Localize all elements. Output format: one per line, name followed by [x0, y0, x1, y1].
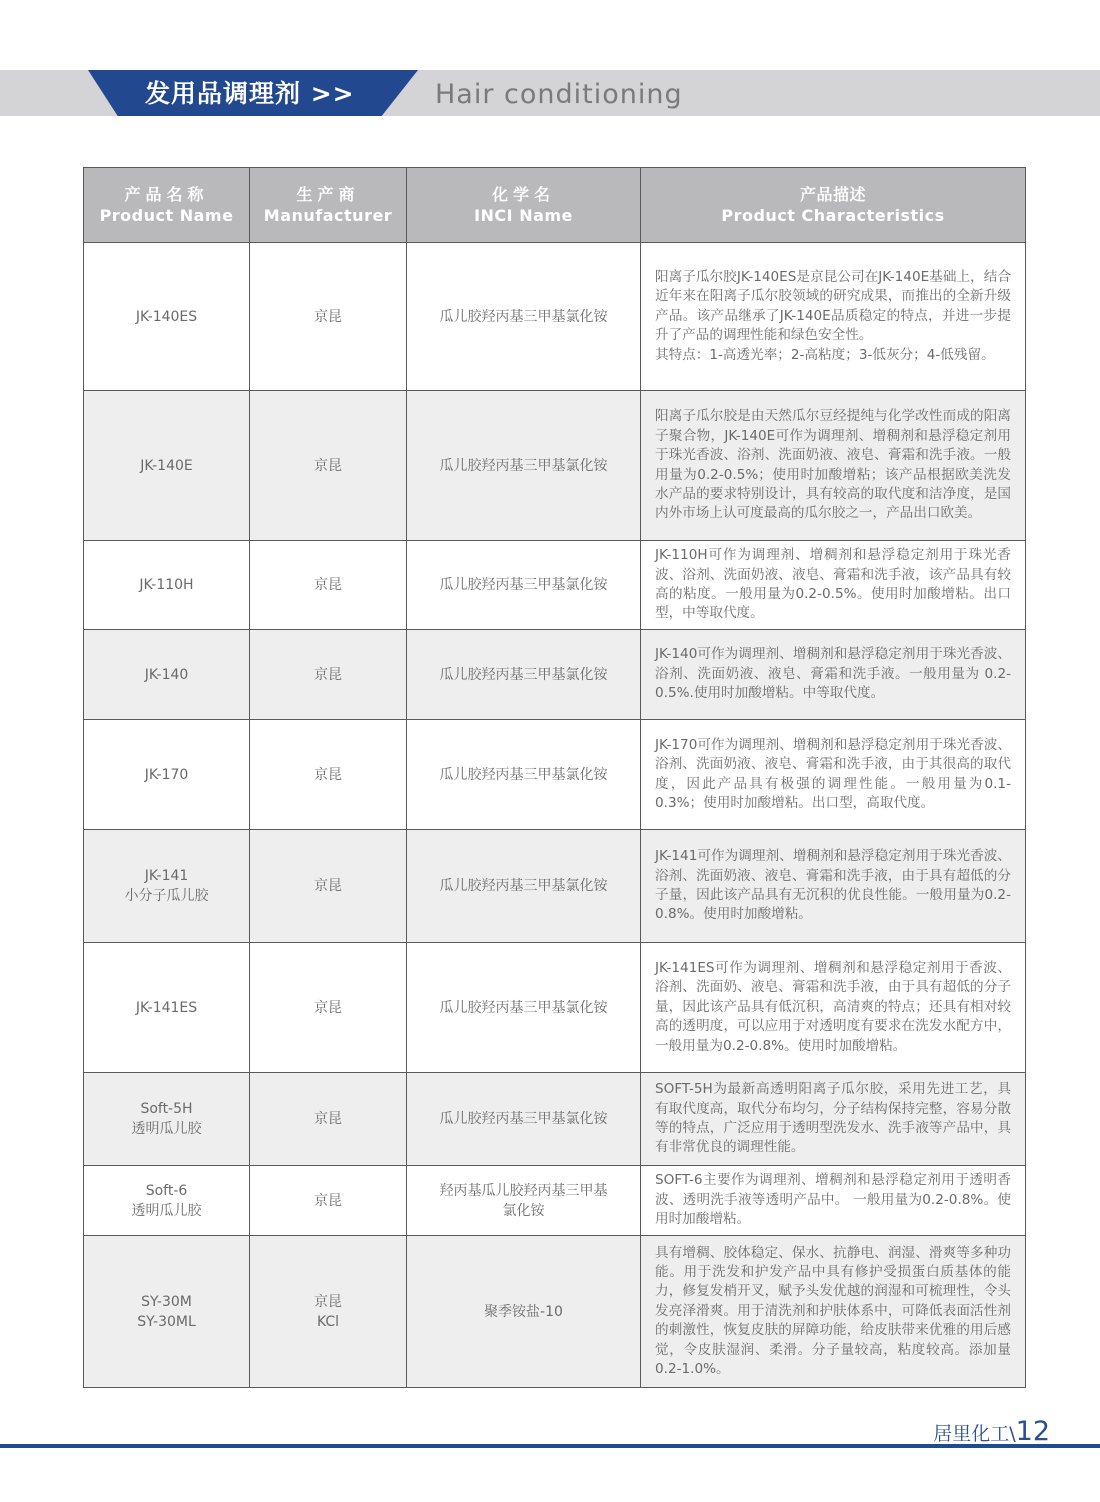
product-name-cell: JK-140E — [84, 391, 250, 541]
inci-cell: 瓜儿胶羟丙基三甲基氯化铵 — [407, 830, 641, 943]
table-row: JK-141小分子瓜儿胶 京昆 瓜儿胶羟丙基三甲基氯化铵 JK-141可作为调理… — [84, 830, 1026, 943]
table-row: JK-140E 京昆 瓜儿胶羟丙基三甲基氯化铵 阳离子瓜尔胶是由天然瓜尔豆经提纯… — [84, 391, 1026, 541]
manufacturer-cell: 京昆 — [250, 943, 407, 1073]
manufacturer-cell: 京昆KCl — [250, 1236, 407, 1388]
inci-cell: 聚季铵盐-10 — [407, 1236, 641, 1388]
table-row: SY-30MSY-30ML 京昆KCl 聚季铵盐-10 具有增稠、胶体稳定、保水… — [84, 1236, 1026, 1388]
description-cell: SOFT-6主要作为调理剂、增稠剂和悬浮稳定剂用于透明香波、透明洗手液等透明产品… — [641, 1166, 1026, 1236]
column-header-product-name: 产品名称Product Name — [84, 168, 250, 243]
inci-cell: 羟丙基瓜儿胶羟丙基三甲基氯化铵 — [407, 1166, 641, 1236]
description-cell: JK-110H可作为调理剂、增稠剂和悬浮稳定剂用于珠光香波、浴剂、洗面奶液、液皂… — [641, 541, 1026, 630]
column-header-inci-name: 化学名INCI Name — [407, 168, 641, 243]
manufacturer-cell: 京昆 — [250, 1073, 407, 1166]
footer-brand: 居里化工\ — [933, 1423, 1015, 1445]
table-row: JK-170 京昆 瓜儿胶羟丙基三甲基氯化铵 JK-170可作为调理剂、增稠剂和… — [84, 720, 1026, 830]
manufacturer-cell: 京昆 — [250, 830, 407, 943]
inci-cell: 瓜儿胶羟丙基三甲基氯化铵 — [407, 391, 641, 541]
description-cell: JK-141可作为调理剂、增稠剂和悬浮稳定剂用于珠光香波、浴剂、洗面奶液、液皂、… — [641, 830, 1026, 943]
description-cell: 具有增稠、胶体稳定、保水、抗静电、润湿、滑爽等多种功能。用于洗发和护发产品中具有… — [641, 1236, 1026, 1388]
table-row: Soft-6透明瓜儿胶 京昆 羟丙基瓜儿胶羟丙基三甲基氯化铵 SOFT-6主要作… — [84, 1166, 1026, 1236]
table-row: JK-141ES 京昆 瓜儿胶羟丙基三甲基氯化铵 JK-141ES可作为调理剂、… — [84, 943, 1026, 1073]
page-number: 12 — [1016, 1416, 1050, 1447]
product-name-cell: JK-170 — [84, 720, 250, 830]
description-cell: SOFT-5H为最新高透明阳离子瓜尔胶，采用先进工艺，具有取代度高，取代分布均匀… — [641, 1073, 1026, 1166]
inci-cell: 瓜儿胶羟丙基三甲基氯化铵 — [407, 943, 641, 1073]
inci-cell: 瓜儿胶羟丙基三甲基氯化铵 — [407, 541, 641, 630]
manufacturer-cell: 京昆 — [250, 720, 407, 830]
product-name-cell: JK-141ES — [84, 943, 250, 1073]
description-cell: JK-141ES可作为调理剂、增稠剂和悬浮稳定剂用于香波、浴剂、洗面奶、液皂、膏… — [641, 943, 1026, 1073]
column-header-characteristics: 产品描述Product Characteristics — [641, 168, 1026, 243]
inci-cell: 瓜儿胶羟丙基三甲基氯化铵 — [407, 1073, 641, 1166]
description-cell: JK-140可作为调理剂、增稠剂和悬浮稳定剂用于珠光香波、浴剂、洗面奶液、液皂、… — [641, 630, 1026, 720]
manufacturer-cell: 京昆 — [250, 391, 407, 541]
table-row: Soft-5H透明瓜儿胶 京昆 瓜儿胶羟丙基三甲基氯化铵 SOFT-5H为最新高… — [84, 1073, 1026, 1166]
manufacturer-cell: 京昆 — [250, 630, 407, 720]
manufacturer-cell: 京昆 — [250, 243, 407, 391]
manufacturer-cell: 京昆 — [250, 541, 407, 630]
product-name-cell: Soft-6透明瓜儿胶 — [84, 1166, 250, 1236]
manufacturer-cell: 京昆 — [250, 1166, 407, 1236]
column-header-manufacturer: 生产商Manufacturer — [250, 168, 407, 243]
table-header-row: 产品名称Product Name 生产商Manufacturer 化学名INCI… — [84, 168, 1026, 243]
section-title-zh: 发用品调理剂 >> — [145, 74, 355, 114]
product-name-cell: JK-140 — [84, 630, 250, 720]
product-name-cell: SY-30MSY-30ML — [84, 1236, 250, 1388]
table-row: JK-140 京昆 瓜儿胶羟丙基三甲基氯化铵 JK-140可作为调理剂、增稠剂和… — [84, 630, 1026, 720]
section-title-en: Hair conditioning — [435, 74, 683, 116]
inci-cell: 瓜儿胶羟丙基三甲基氯化铵 — [407, 720, 641, 830]
table-row: JK-110H 京昆 瓜儿胶羟丙基三甲基氯化铵 JK-110H可作为调理剂、增稠… — [84, 541, 1026, 630]
product-name-cell: JK-141小分子瓜儿胶 — [84, 830, 250, 943]
product-name-cell: Soft-5H透明瓜儿胶 — [84, 1073, 250, 1166]
table-row: JK-140ES 京昆 瓜儿胶羟丙基三甲基氯化铵 阳离子瓜尔胶JK-140ES是… — [84, 243, 1026, 391]
product-name-cell: JK-140ES — [84, 243, 250, 391]
footer-divider — [0, 1444, 1100, 1448]
product-name-cell: JK-110H — [84, 541, 250, 630]
inci-cell: 瓜儿胶羟丙基三甲基氯化铵 — [407, 243, 641, 391]
product-table: 产品名称Product Name 生产商Manufacturer 化学名INCI… — [83, 167, 1026, 1388]
description-cell: 阳离子瓜尔胶JK-140ES是京昆公司在JK-140E基础上，结合近年来在阳离子… — [641, 243, 1026, 391]
inci-cell: 瓜儿胶羟丙基三甲基氯化铵 — [407, 630, 641, 720]
description-cell: JK-170可作为调理剂、增稠剂和悬浮稳定剂用于珠光香波、浴剂、洗面奶液、液皂、… — [641, 720, 1026, 830]
description-cell: 阳离子瓜尔胶是由天然瓜尔豆经提纯与化学改性而成的阳离子聚合物，JK-140E可作… — [641, 391, 1026, 541]
